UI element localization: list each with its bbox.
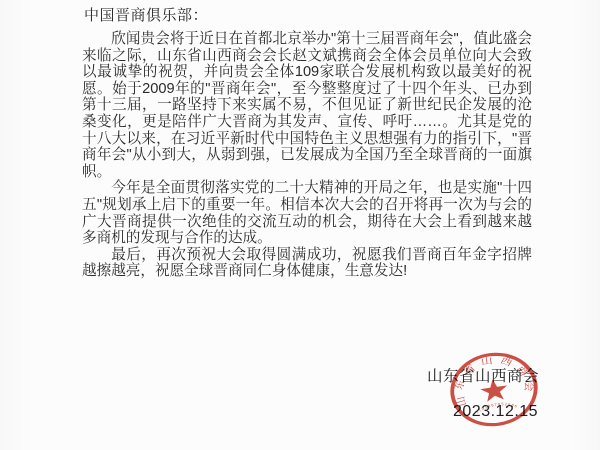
- letter-greeting: 中国晋商俱乐部：: [84, 4, 208, 25]
- letter-paragraph-2: 今年是全面贯彻落实党的二十大精神的开局之年，也是实施"十四五"规划承上启下的重要…: [82, 180, 532, 246]
- letter-body: 欣闻贵会将于近日在首都北京举办"第十三届晋商年会"，值此盛会来临之际，山东省山西…: [82, 31, 532, 280]
- letter-document: 中国晋商俱乐部： 欣闻贵会将于近日在首都北京举办"第十三届晋商年会"，值此盛会来…: [0, 0, 600, 450]
- seal-star-icon: [479, 377, 509, 402]
- letter-paragraph-1: 欣闻贵会将于近日在首都北京举办"第十三届晋商年会"，值此盛会来临之际，山东省山西…: [82, 31, 532, 180]
- official-seal-stamp: 山东省山西商会 3701087852086: [443, 345, 545, 434]
- seal-serial-number: 3701087852086: [474, 400, 519, 415]
- seal-arc-text: 山东省山西商会: [447, 349, 539, 409]
- letter-paragraph-3: 最后，再次预祝大会取得圆满成功，祝愿我们晋商百年金字招牌越擦越亮，祝愿全球晋商同…: [82, 247, 532, 280]
